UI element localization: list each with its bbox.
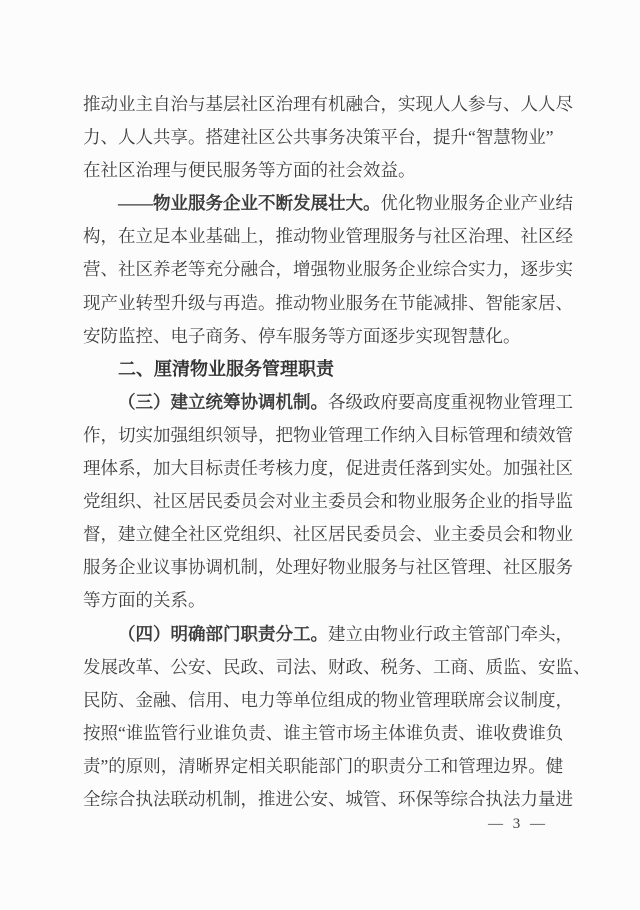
text-line: 现产业转型升级与再造。推动物业服务在节能减排、智能家居、 <box>83 287 583 320</box>
body-text: 二、厘清物业服务管理职责 <box>118 359 334 379</box>
text-line: （四）明确部门职责分工。建立由物业行政主管部门牵头， <box>83 618 583 651</box>
para-dash-enterprise-growth: ——物业服务企业不断发展壮大。优化物业服务企业产业结构，在立足本业基础上，推动物… <box>83 187 583 352</box>
body-text: 优化物业服务企业产业结 <box>381 193 574 213</box>
text-line: 理体系，加大目标责任考核力度，促进责任落到实处。加强社区 <box>83 452 583 485</box>
body-text: 党组织、社区居民委员会对业主委员会和物业服务企业的指导监 <box>83 491 573 511</box>
body-text: 推动业主自治与基层社区治理有机融合，实现人人参与、人人尽 <box>83 94 573 114</box>
body-text: 全综合执法联动机制，推进公安、城管、环保等综合执法力量进 <box>83 789 573 809</box>
body-text: 建立由物业行政主管部门牵头， <box>328 624 573 644</box>
body-text: 责”的原则，清晰界定相关职能部门的职责分工和管理边界。健 <box>83 756 563 776</box>
text-line: 发展改革、公安、民政、司法、财政、税务、工商、质监、安监、 <box>83 651 583 684</box>
body-text: 力、人人共享。搭建社区公共事务决策平台，提升“智慧物业” <box>83 127 554 147</box>
text-line: 作，切实加强组织领导，把物业管理工作纳入目标管理和绩效管 <box>83 419 583 452</box>
text-line: 全综合执法联动机制，推进公安、城管、环保等综合执法力量进 <box>83 783 583 816</box>
text-line: 民防、金融、信用、电力等单位组成的物业管理联席会议制度， <box>83 684 583 717</box>
text-line: 推动业主自治与基层社区治理有机融合，实现人人参与、人人尽 <box>83 88 583 121</box>
body-text: 民防、金融、信用、电力等单位组成的物业管理联席会议制度， <box>83 690 573 710</box>
body-text: 各级政府要高度重视物业管理工 <box>328 392 573 412</box>
text-line: 服务企业议事协调机制，处理好物业服务与社区管理、社区服务 <box>83 551 583 584</box>
body-text: 安防监控、电子商务、停车服务等方面逐步实现智慧化。 <box>83 326 521 346</box>
body-text: 作，切实加强组织领导，把物业管理工作纳入目标管理和绩效管 <box>83 425 573 445</box>
lead-in-text: （四）明确部门职责分工。 <box>118 624 328 644</box>
text-line: 二、厘清物业服务管理职责 <box>83 353 583 386</box>
para-item-4-department-duties: （四）明确部门职责分工。建立由物业行政主管部门牵头，发展改革、公安、民政、司法、… <box>83 618 583 817</box>
text-line: 按照“谁监管行业谁负责、谁主管市场主体谁负责、谁收费谁负 <box>83 717 583 750</box>
body-text: 营、社区养老等充分融合，增强物业服务企业综合实力，逐步实 <box>83 259 573 279</box>
text-line: 责”的原则，清晰界定相关职能部门的职责分工和管理边界。健 <box>83 750 583 783</box>
text-line: 在社区治理与便民服务等方面的社会效益。 <box>83 154 583 187</box>
body-text: 发展改革、公安、民政、司法、财政、税务、工商、质监、安监、 <box>83 657 591 677</box>
body-text: 现产业转型升级与再造。推动物业服务在节能减排、智能家居、 <box>83 293 573 313</box>
body-text: 督，建立健全社区党组织、社区居民委员会、业主委员会和物业 <box>83 524 573 544</box>
lead-in-text: ——物业服务企业不断发展壮大。 <box>118 193 381 213</box>
body-text: 构，在立足本业基础上，推动物业管理服务与社区治理、社区经 <box>83 226 573 246</box>
text-line: 等方面的关系。 <box>83 584 583 617</box>
lead-in-text: （三）建立统筹协调机制。 <box>118 392 328 412</box>
text-line: 力、人人共享。搭建社区公共事务决策平台，提升“智慧物业” <box>83 121 583 154</box>
para-item-3-coordination-mechanism: （三）建立统筹协调机制。各级政府要高度重视物业管理工作，切实加强组织领导，把物业… <box>83 386 583 618</box>
text-line: 营、社区养老等充分融合，增强物业服务企业综合实力，逐步实 <box>83 253 583 286</box>
section-heading-2: 二、厘清物业服务管理职责 <box>83 353 583 386</box>
text-line: ——物业服务企业不断发展壮大。优化物业服务企业产业结 <box>83 187 583 220</box>
body-text: 服务企业议事协调机制，处理好物业服务与社区管理、社区服务 <box>83 557 573 577</box>
body-text: 理体系，加大目标责任考核力度，促进责任落到实处。加强社区 <box>83 458 573 478</box>
document-page: 推动业主自治与基层社区治理有机融合，实现人人参与、人人尽力、人人共享。搭建社区公… <box>0 0 640 910</box>
text-line: （三）建立统筹协调机制。各级政府要高度重视物业管理工 <box>83 386 583 419</box>
body-text: 等方面的关系。 <box>83 590 206 610</box>
body-text: 按照“谁监管行业谁负责、谁主管市场主体谁负责、谁收费谁负 <box>83 723 563 743</box>
text-line: 构，在立足本业基础上，推动物业管理服务与社区治理、社区经 <box>83 220 583 253</box>
text-line: 安防监控、电子商务、停车服务等方面逐步实现智慧化。 <box>83 320 583 353</box>
page-number: — 3 — <box>488 814 548 834</box>
document-body: 推动业主自治与基层社区治理有机融合，实现人人参与、人人尽力、人人共享。搭建社区公… <box>83 88 583 816</box>
para-continuation-smart-property: 推动业主自治与基层社区治理有机融合，实现人人参与、人人尽力、人人共享。搭建社区公… <box>83 88 583 187</box>
text-line: 党组织、社区居民委员会对业主委员会和物业服务企业的指导监 <box>83 485 583 518</box>
text-line: 督，建立健全社区党组织、社区居民委员会、业主委员会和物业 <box>83 518 583 551</box>
body-text: 在社区治理与便民服务等方面的社会效益。 <box>83 160 416 180</box>
